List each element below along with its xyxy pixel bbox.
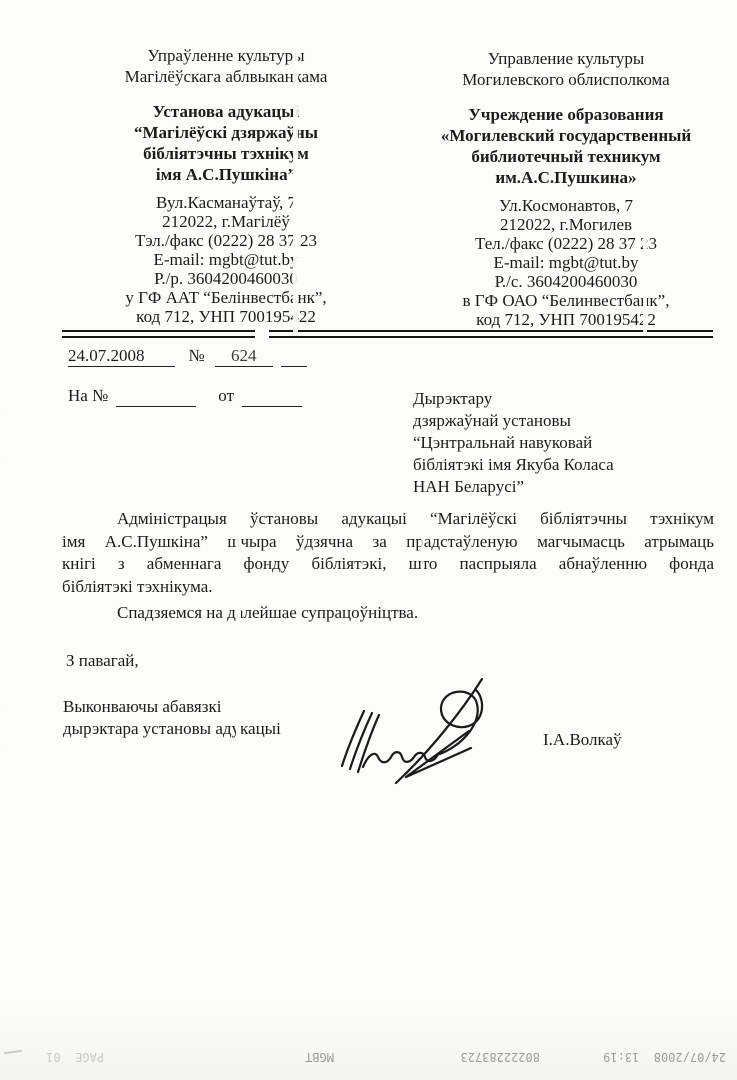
letterhead-left-institution-line: імя А.С.Пушкіна” (60, 164, 392, 185)
signer-position-line: Выконваючы абавязкі (63, 696, 281, 718)
letterhead-right-address-line: Тел./факс (0222) 28 37 23 (400, 234, 732, 253)
letterhead-right-institution-line: «Могилевский государственный (400, 125, 732, 146)
signer-position: Выконваючы абавязкі дырэктара установы а… (63, 696, 281, 740)
fold-crease (236, 505, 241, 760)
scanned-letter-page: Упраўленне культуры Магілёўскага аблвыка… (0, 0, 737, 1080)
recipient-line: Дырэктару (413, 388, 703, 410)
body-line: Адміністрацыя ўстановы адукацыі “Магілёў… (62, 508, 714, 531)
reply-number-blank (116, 386, 196, 407)
body-line: бібліятэкі тэхнікума. (62, 576, 714, 599)
letterhead-right-institution-line: Учреждение образования (400, 104, 732, 125)
letterhead-right-address-line: в ГФ ОАО “Белинвестбанк”, (400, 291, 732, 310)
signer-position-line: дырэктара установы адукацыі (63, 718, 281, 740)
letterhead-right-institution-line: библиотечный техникум (400, 146, 732, 167)
reply-date-blank (242, 386, 302, 407)
reference-date-row: 24.07.2008№624 (68, 346, 307, 367)
letterhead-left-address-line: код 712, УНП 700195422 (60, 307, 392, 326)
letterhead-left-address-line: Вул.Касманаўтаў, 7 (60, 193, 392, 212)
body-line: імя А.С.Пушкіна” шчыра ўдзячна за прадст… (62, 531, 714, 554)
letterhead-right-address-line: Ул.Космонавтов, 7 (400, 196, 732, 215)
punch-hole-shadow (0, 708, 24, 748)
letterhead-right-address-line: код 712, УНП 700195422 (400, 310, 732, 329)
letterhead-left-org-line: Магілёўскага аблвыканкама (60, 66, 392, 87)
letterhead-left-org-line: Упраўленне культуры (60, 45, 392, 66)
recipient-line: дзяржаўнай установы (413, 410, 703, 432)
letterhead-right-address-line: Р./с. 3604200460030 (400, 272, 732, 291)
letterhead-left-address-line: у ГФ ААТ “Белінвестбанк”, (60, 288, 392, 307)
body-paragraph: Адміністрацыя ўстановы адукацыі “Магілёў… (62, 508, 714, 598)
letterhead-right-org-line: Могилевского облисполкома (400, 69, 732, 90)
number-sign: № (189, 346, 205, 365)
fold-crease (293, 40, 298, 335)
fold-crease (421, 505, 424, 625)
document-number: 624 (215, 346, 273, 367)
letterhead-left-institution-line: бібліятэчны тэхнікум (60, 143, 392, 164)
letterhead-left-column: Упраўленне культуры Магілёўскага аблвыка… (60, 45, 392, 326)
letterhead-left-institution: Установа адукацыі “Магілёўскі дзяржаўны … (60, 101, 392, 185)
punch-hole-shadow (0, 412, 28, 458)
body-paragraph-2: Спадзяемся на далейшае супрацоўніцтва. (62, 603, 714, 623)
scan-bottom-shading (0, 1000, 737, 1080)
letterhead-right-institution: Учреждение образования «Могилевский госу… (400, 104, 732, 188)
letterhead-left-institution-line: “Магілёўскі дзяржаўны (60, 122, 392, 143)
letterhead-right-institution-line: им.А.С.Пушкина» (400, 167, 732, 188)
number-blank-line (281, 346, 307, 367)
closing-salutation: З павагай, (66, 650, 139, 672)
reply-label: На № (68, 386, 108, 405)
letterhead-left-address: Вул.Касманаўтаў, 7 212022, г.Магілёў Тэл… (60, 193, 392, 326)
fax-footer-number: 80222283723 (461, 1050, 540, 1064)
letterhead-right-address-line: 212022, г.Могилев (400, 215, 732, 234)
letterhead-divider-rule (62, 330, 713, 338)
letterhead-left-address-line: E-mail: mgbt@tut.by (60, 250, 392, 269)
reply-from-label: от (218, 386, 234, 405)
rule-crease-gap (255, 327, 269, 339)
recipient-block: Дырэктару дзяржаўнай установы “Цэнтральн… (413, 388, 703, 498)
recipient-line: “Цэнтральнай навуковай (413, 432, 703, 454)
recipient-line: бібліятэкі імя Якуба Коласа (413, 454, 703, 476)
fax-footer-station-id: MGBT (305, 1050, 334, 1064)
signature-scribble (330, 666, 502, 788)
recipient-line: НАН Беларусі” (413, 476, 703, 498)
document-date: 24.07.2008 (68, 346, 175, 367)
signer-name: І.А.Волкаў (543, 730, 622, 750)
letterhead-right-address-line: E-mail: mgbt@tut.by (400, 253, 732, 272)
letterhead-left-address-line: Тэл./факс (0222) 28 37 23 (60, 231, 392, 250)
fold-crease (643, 192, 647, 335)
letterhead-left-address-line: Р./р. 3604200460030 (60, 269, 392, 288)
reply-reference-row: На № от (68, 386, 302, 407)
fax-footer-datetime: 24/07/2008 13:19 (603, 1050, 726, 1064)
letterhead-right-address: Ул.Космонавтов, 7 212022, г.Могилев Тел.… (400, 196, 732, 329)
handwritten-signature (330, 666, 502, 788)
letterhead-left-address-line: 212022, г.Магілёў (60, 212, 392, 231)
letterhead-left-institution-line: Установа адукацыі (60, 101, 392, 122)
fax-transmission-footer: 24/07/2008 13:19 80222283723 MGBT PAGE 0… (14, 1046, 726, 1066)
letterhead-right-org-line: Управление культуры (400, 48, 732, 69)
body-line: кнігі з абменнага фонду бібліятэкі, што … (62, 553, 714, 576)
fax-footer-page: PAGE 01 (46, 1050, 104, 1064)
letterhead-right-column: Управление культуры Могилевского облиспо… (400, 48, 732, 329)
